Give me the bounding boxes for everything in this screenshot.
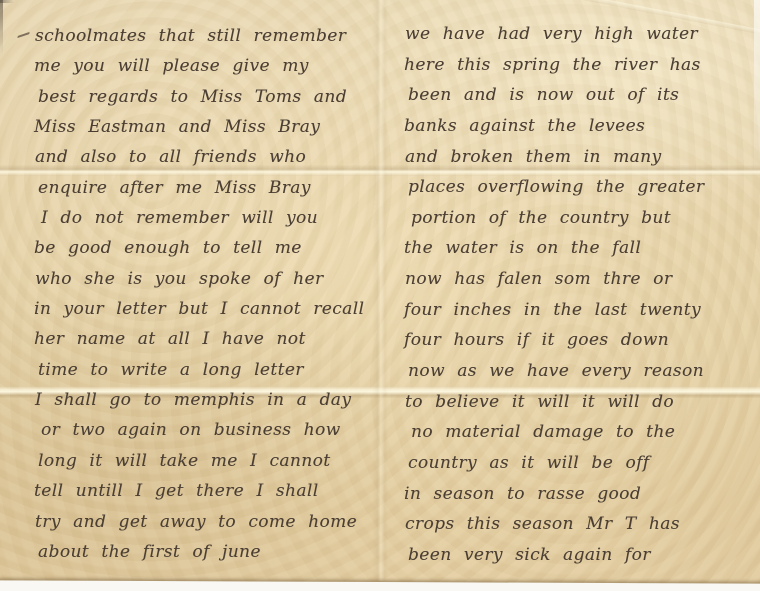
handwritten-line: four inches in the last twenty [404, 295, 756, 326]
handwritten-line: places overflowing the greater [404, 172, 756, 203]
handwritten-line: I do not remember will you [34, 203, 370, 233]
handwritten-line: who she is you spoke of her [34, 264, 370, 294]
handwritten-line: time to write a long letter [34, 355, 370, 385]
handwritten-line: we have had very high water [404, 19, 756, 50]
center-fold-seam [372, 0, 388, 581]
handwritten-line: now has falen som thre or [404, 264, 756, 295]
paper-bottom-edge [0, 580, 760, 591]
handwritten-line: the water is on the fall [404, 233, 756, 264]
handwritten-line: portion of the country but [404, 203, 756, 234]
handwritten-line: banks against the levees [404, 111, 756, 142]
handwritten-line: tell untill I get there I shall [34, 476, 370, 506]
handwritten-line: here this spring the river has [404, 50, 756, 81]
handwritten-line: I shall go to memphis in a day [34, 385, 370, 415]
handwritten-line: or two again on business how [34, 415, 370, 445]
handwritten-line: best regards to Miss Toms and [34, 82, 370, 112]
handwritten-line: crops this season Mr T has [404, 509, 756, 540]
handwritten-line: try and get away to come home [34, 507, 370, 537]
handwritten-line: no material damage to the [404, 417, 756, 448]
scan-edge-shadow-top [0, 0, 14, 3]
handwritten-line: and also to all friends who [34, 142, 370, 172]
handwritten-line: schoolmates that still remember [34, 21, 370, 51]
handwritten-line: be good enough to tell me [34, 233, 370, 263]
handwritten-line: about the first of june [34, 537, 370, 567]
letter-page-left: schoolmates that still remember me you w… [34, 21, 370, 567]
handwritten-line: in season to rasse good [404, 479, 756, 510]
handwritten-line: four hours if it goes down [404, 325, 756, 356]
handwritten-line: long it will take me I cannot [34, 446, 370, 476]
handwritten-line: been very sick again for [404, 540, 756, 571]
handwritten-line: now as we have every reason [404, 356, 756, 387]
handwritten-line: country as it will be off [404, 448, 756, 479]
handwritten-line: enquire after me Miss Bray [34, 173, 370, 203]
letter-page-right: we have had very high water here this sp… [404, 19, 756, 571]
handwritten-line: in your letter but I cannot recall [34, 294, 370, 324]
stray-ink-mark [17, 32, 30, 38]
handwritten-line: and broken them in many [404, 142, 756, 173]
handwritten-line: me you will please give my [34, 51, 370, 81]
scan-edge-shadow-left [0, 0, 3, 54]
handwritten-line: her name at all I have not [34, 324, 370, 354]
handwritten-line: Miss Eastman and Miss Bray [34, 112, 370, 142]
handwritten-line: to believe it will it will do [404, 387, 756, 418]
letter-scan: schoolmates that still remember me you w… [0, 0, 760, 591]
handwritten-line: been and is now out of its [404, 80, 756, 111]
